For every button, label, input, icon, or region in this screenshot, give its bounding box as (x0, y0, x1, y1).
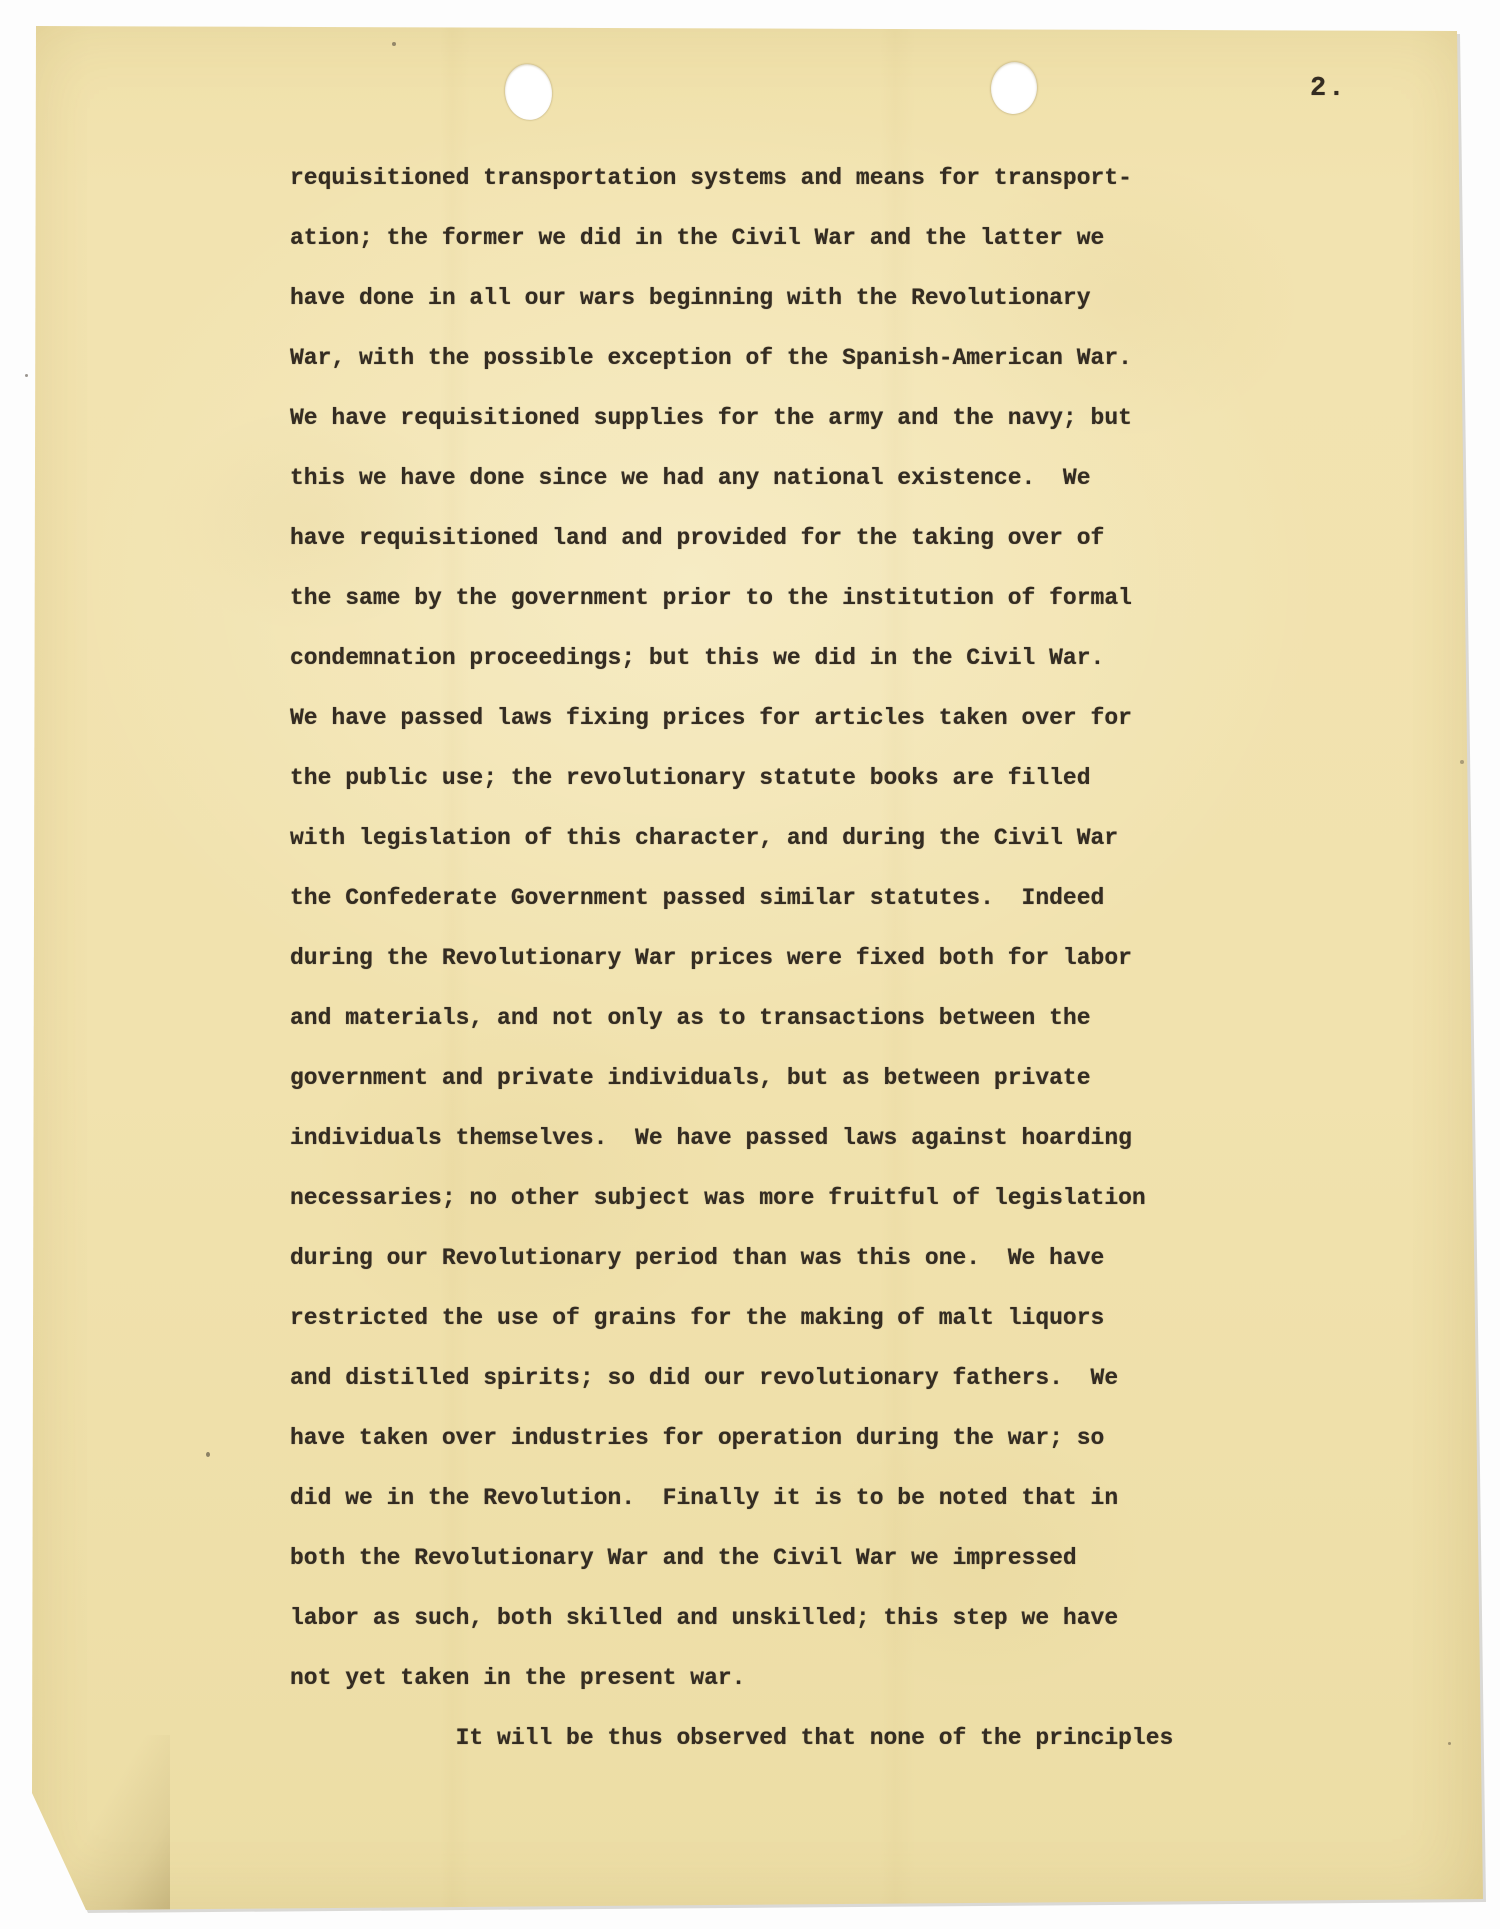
typewritten-text-block: requisitioned transportation systems and… (290, 148, 1170, 1768)
text-line: not yet taken in the present war. (290, 1648, 1170, 1708)
text-line: both the Revolutionary War and the Civil… (290, 1528, 1170, 1588)
dust-speck (392, 42, 396, 46)
text-line: during our Revolutionary period than was… (290, 1228, 1170, 1288)
corner-fold-crease (0, 1735, 170, 1920)
text-line: have done in all our wars beginning with… (290, 268, 1170, 328)
text-line: and distilled spirits; so did our revolu… (290, 1348, 1170, 1408)
text-line: necessaries; no other subject was more f… (290, 1168, 1170, 1228)
text-line: this we have done since we had any natio… (290, 448, 1170, 508)
text-line: during the Revolutionary War prices were… (290, 928, 1170, 988)
text-line: War, with the possible exception of the … (290, 328, 1170, 388)
text-line: did we in the Revolution. Finally it is … (290, 1468, 1170, 1528)
dust-speck (1460, 760, 1464, 764)
text-line: and materials, and not only as to transa… (290, 988, 1170, 1048)
text-line: the public use; the revolutionary statut… (290, 748, 1170, 808)
text-line: It will be thus observed that none of th… (290, 1708, 1170, 1768)
text-line: We have passed laws fixing prices for ar… (290, 688, 1170, 748)
text-line: labor as such, both skilled and unskille… (290, 1588, 1170, 1648)
text-line: have taken over industries for operation… (290, 1408, 1170, 1468)
scanned-document: 2. requisitioned transportation systems … (0, 0, 1500, 1929)
text-line: the Confederate Government passed simila… (290, 868, 1170, 928)
dust-speck (25, 374, 28, 377)
text-line: We have requisitioned supplies for the a… (290, 388, 1170, 448)
text-line: ation; the former we did in the Civil Wa… (290, 208, 1170, 268)
text-line: with legislation of this character, and … (290, 808, 1170, 868)
text-line: the same by the government prior to the … (290, 568, 1170, 628)
text-line: condemnation proceedings; but this we di… (290, 628, 1170, 688)
dust-speck (206, 1452, 210, 1457)
text-line: requisitioned transportation systems and… (290, 148, 1170, 208)
page-number: 2. (1310, 74, 1346, 104)
text-line: have requisitioned land and provided for… (290, 508, 1170, 568)
text-line: individuals themselves. We have passed l… (290, 1108, 1170, 1168)
text-line: government and private individuals, but … (290, 1048, 1170, 1108)
text-line: restricted the use of grains for the mak… (290, 1288, 1170, 1348)
dust-speck (1448, 1742, 1451, 1745)
